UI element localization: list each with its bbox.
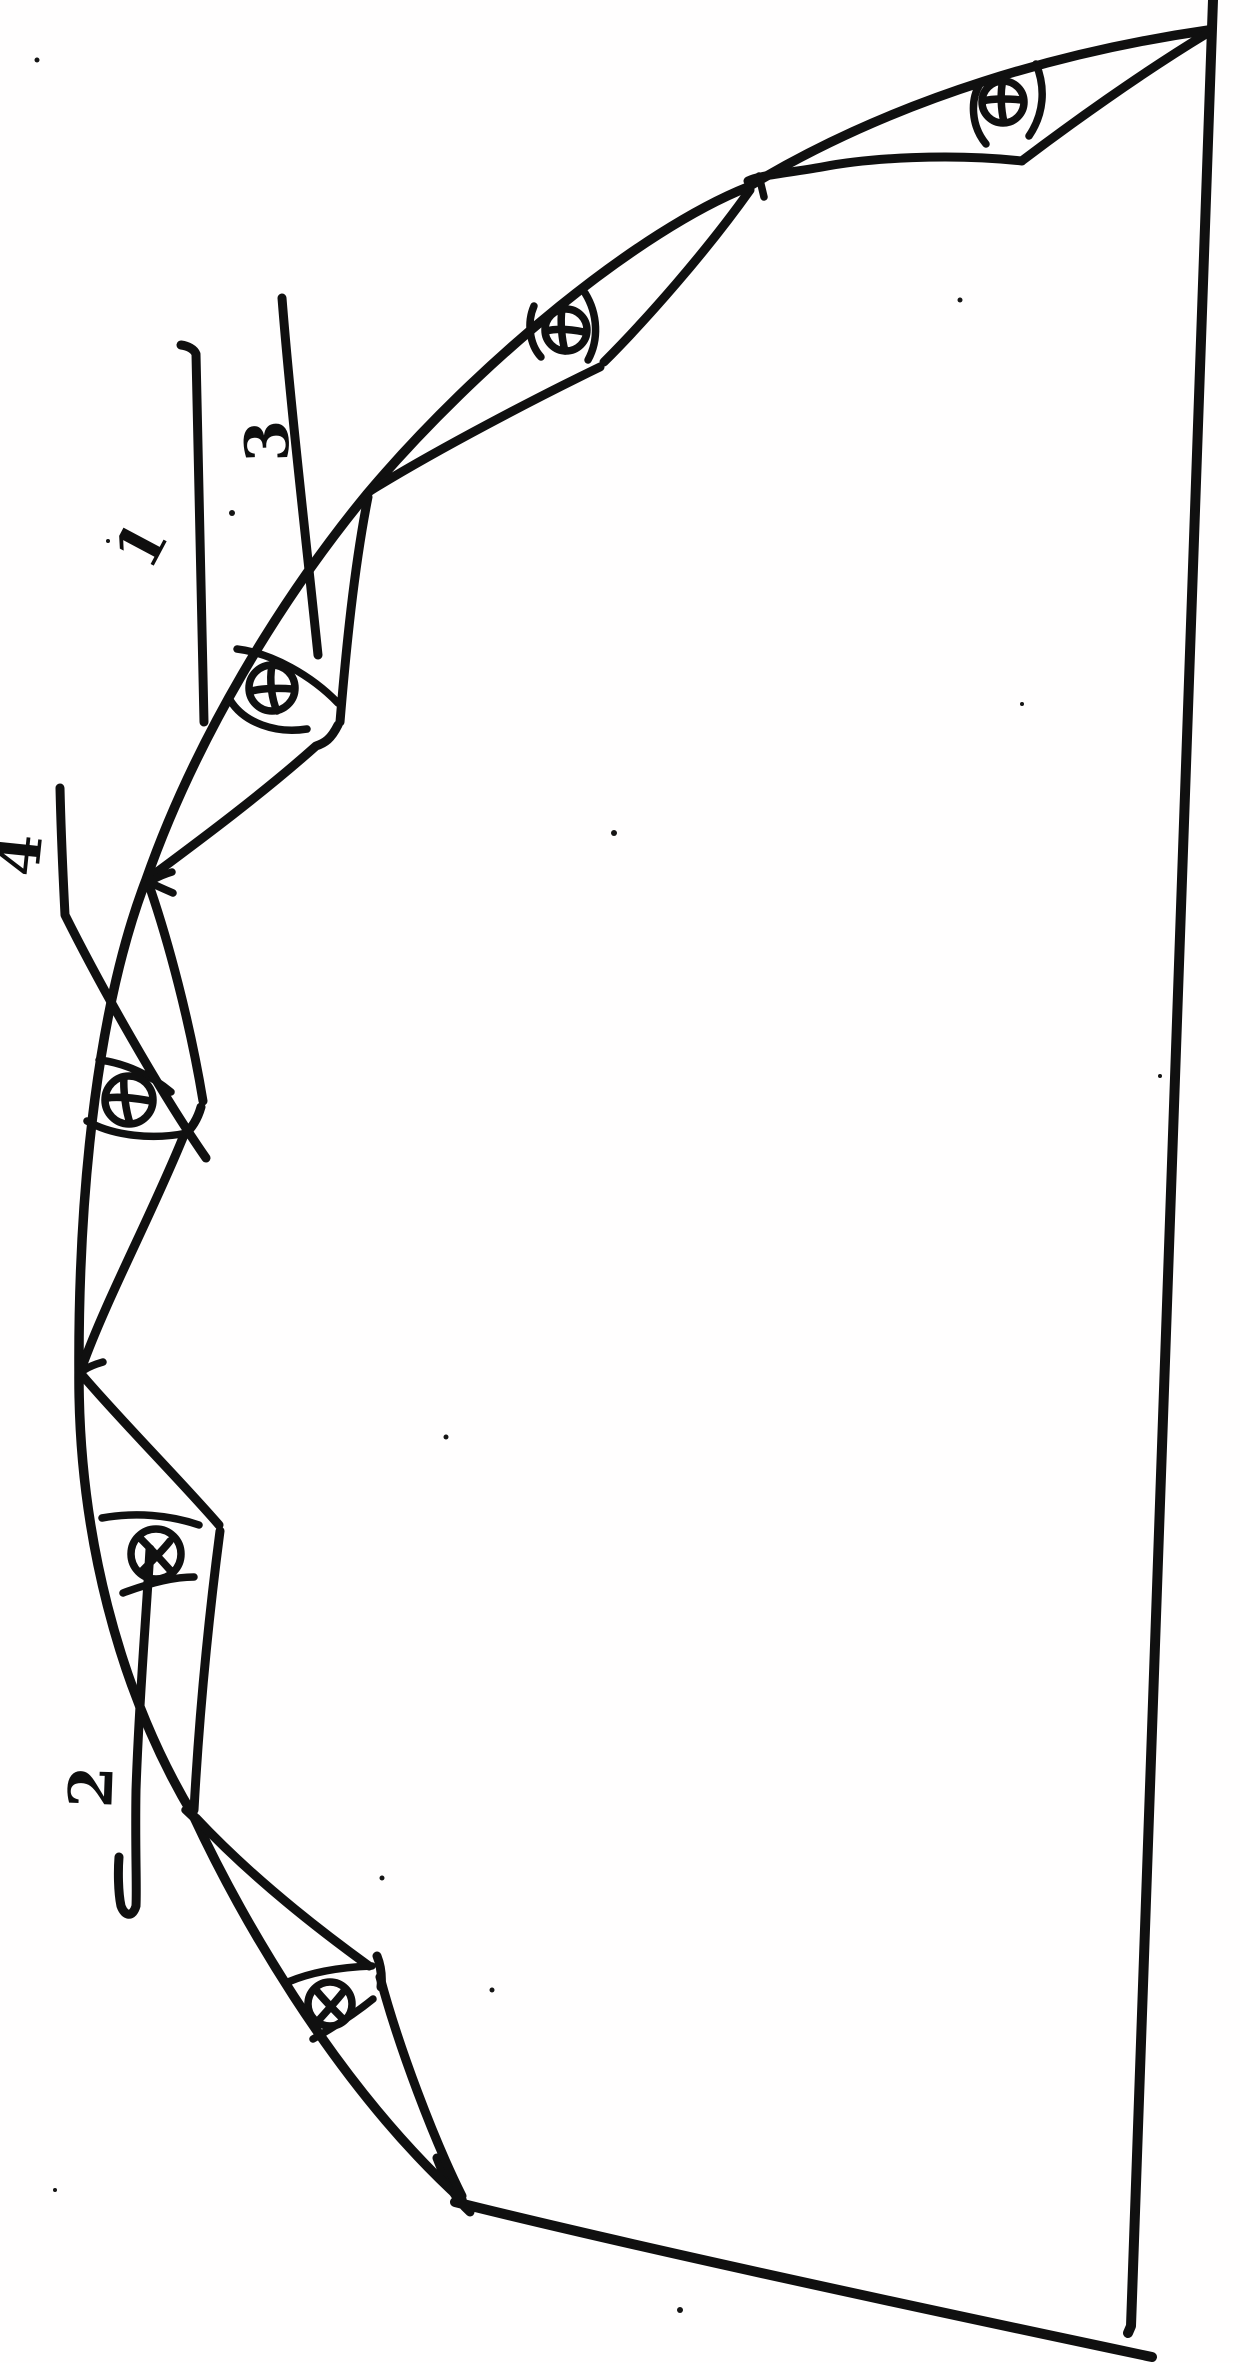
eyelash-upper-arc: [102, 1515, 199, 1525]
base-line: [455, 2202, 1152, 2357]
ink-speck: [380, 1876, 385, 1881]
right-border-line: [1128, 0, 1213, 2333]
tooth-return-stroke: [194, 1531, 220, 1810]
eyelash-right-arc: [1029, 64, 1042, 136]
cusp-tick: [759, 176, 764, 197]
ink-speck: [677, 2307, 683, 2313]
paper-specks: [35, 58, 1163, 2314]
ink-speck: [611, 830, 617, 836]
patent-figure-canvas: 1 2 3 4: [0, 0, 1240, 2363]
tooth-chord-stroke: [149, 885, 203, 1101]
marker-cross-stroke: [546, 329, 584, 332]
ink-speck: [490, 1988, 495, 1993]
ink-speck: [958, 298, 963, 303]
marker-cross-stroke: [983, 99, 1022, 101]
tooth-return-stroke: [370, 367, 600, 491]
tooth-chord-stroke: [196, 1818, 369, 1966]
ink-speck: [35, 58, 40, 63]
ink-speck: [53, 2188, 57, 2192]
ink-speck: [1158, 1074, 1162, 1078]
tooth-chord-stroke: [340, 497, 368, 722]
tooth-chord-stroke: [1023, 34, 1206, 160]
sketch-page: 1 2 3 4: [0, 0, 1240, 2363]
reference-label-2: 2: [56, 1765, 127, 1809]
ink-speck: [229, 510, 235, 516]
tooth-return-stroke: [82, 1107, 201, 1367]
marker-cross-stroke: [107, 1097, 151, 1101]
leader-line-4: [60, 788, 206, 1158]
tooth-chord-stroke: [82, 1375, 219, 1525]
leader-line-1: [181, 345, 204, 722]
tooth-segment-1: [748, 34, 1206, 181]
ink-speck: [444, 1435, 449, 1440]
tooth-segment-3: [149, 497, 368, 878]
reference-label-1: 1: [101, 510, 182, 580]
ink-speck: [106, 539, 110, 543]
ink-speck: [1020, 702, 1024, 706]
reference-label-3: 3: [232, 419, 303, 463]
tooth-chord-stroke: [604, 190, 750, 362]
eyelash-lower-arc: [230, 700, 307, 730]
marker-cross-stroke: [252, 688, 292, 691]
reference-label-4: 4: [0, 831, 57, 880]
tooth-segment-6: [196, 1818, 462, 2196]
figure-outline: [79, 0, 1213, 2357]
tooth-segment-2: [370, 190, 750, 491]
cusp-tick: [366, 479, 390, 494]
